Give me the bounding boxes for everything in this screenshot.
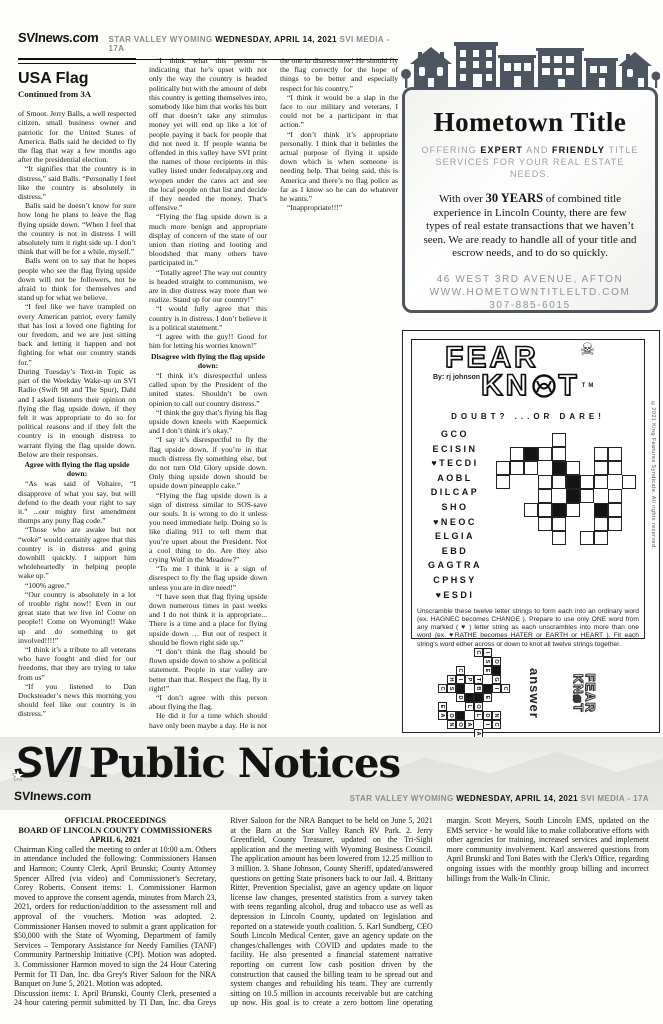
houses-illustration xyxy=(400,36,660,90)
scramble-word: ELGIA xyxy=(417,529,493,544)
answer-label: answer xyxy=(527,668,542,719)
article-paragraph: “Flying the flag upside down is a much m… xyxy=(149,212,267,267)
scramble-word: EBD xyxy=(417,544,493,559)
hometown-offering-segment: AND xyxy=(523,145,552,155)
puzzle-grid xyxy=(496,433,636,602)
article-title: USA Flag xyxy=(18,70,136,88)
skull-doodle-icon: ☠ xyxy=(580,340,595,360)
scramble-word: ♥ESDI xyxy=(417,588,493,603)
masthead-location: STAR VALLEY WYOMING xyxy=(109,35,216,44)
fear-knot-tagline: DOUBT? ...OR DARE! xyxy=(417,412,639,421)
article-paragraph: “As was said of Voltaire, “I disapprove … xyxy=(18,479,136,525)
star-icon: ★ xyxy=(12,768,22,784)
hometown-address: 46 WEST 3RD AVENUE, AFTON xyxy=(417,273,643,286)
article-paragraph: “I feel like we have trampled on every A… xyxy=(18,302,136,366)
svi-logo-text: SVI xyxy=(14,738,79,787)
continued-from: Continued from 3A xyxy=(18,90,136,99)
hometown-offering-segment: OFFERING xyxy=(422,145,481,155)
article-paragraph: Agree with flying the flag upside down: xyxy=(18,460,136,478)
article-paragraph: Disagree with flying the flag upside dow… xyxy=(149,352,267,370)
article-paragraph: During Tuesday’s Text-in Topic as part o… xyxy=(18,367,136,459)
notices-heading-3: APRIL 6, 2021 xyxy=(14,835,216,845)
article-paragraph: of Smoot. Jerry Balls, a well respected … xyxy=(18,109,136,164)
article-paragraph: “I don’t agree with this person about fl… xyxy=(149,693,267,711)
article-paragraph: “It signifies that the country is in dis… xyxy=(18,164,136,201)
puzzle-grid-wrap xyxy=(493,427,639,602)
hometown-body-text: With over 30 YEARS of combined title exp… xyxy=(423,192,637,261)
article-paragraph: “I agree with the guy!! Good for him for… xyxy=(149,332,267,350)
scramble-word: ♥TECDI xyxy=(417,456,493,471)
article-paragraph: “Those who are awake but not “woke” woul… xyxy=(18,525,136,580)
svi-logo: SVI★ xyxy=(14,738,79,788)
fear-knot-logo-line1: FEAR xyxy=(445,344,639,372)
notices-heading-1: OFFICIAL PROCEEDINGS xyxy=(14,816,216,826)
answer-mini-logo: FEAR KN⌀T xyxy=(572,663,596,723)
answer-grid-wrap: COGINCISEEDICTBOLAPLACIDOHSONCEA xyxy=(433,645,515,741)
article-paragraph: Balls said he doesn’t know for sure how … xyxy=(18,201,136,256)
notices-location: STAR VALLEY WYOMING xyxy=(350,794,457,803)
puzzle-instructions: Unscramble these twelve letter strings t… xyxy=(417,608,639,648)
scramble-word: CPHSY xyxy=(417,573,493,588)
scramble-word: DILCAP xyxy=(417,485,493,500)
scramble-word: ♥NEOC xyxy=(417,515,493,530)
fear-knot-puzzle-box: FEAR By: rj johnson KN T TM ☠ DOUBT? ...… xyxy=(411,339,645,639)
fear-knot-logo-kn: KN xyxy=(481,372,530,400)
scramble-word: AOBL xyxy=(417,471,493,486)
article-paragraph: “Inappropriate!!!” xyxy=(280,203,398,212)
article-paragraph: “I say it’s disrespectful to fly the fla… xyxy=(149,435,267,490)
article-paragraph: “Totally agree! The way our country is h… xyxy=(149,268,267,305)
article-paragraph: “I think what this person is indicating … xyxy=(149,56,267,212)
scramble-word: GCO xyxy=(417,427,493,442)
fear-knot-logo: FEAR By: rj johnson KN T TM ☠ xyxy=(417,344,639,410)
notices-heading-2: BOARD OF LINCOLN COUNTY COMMISSIONERS xyxy=(14,826,216,836)
article-paragraph: “I think the guy that’s flying his flag … xyxy=(149,408,267,436)
public-notices-title-wrap: SVI★Public Notices xyxy=(14,738,400,788)
hometown-phone: 307-885-6015 xyxy=(417,299,643,312)
article-paragraph: “Our country is absolutely in a lot of t… xyxy=(18,590,136,645)
article-paragraph: “100% agree.” xyxy=(18,581,136,590)
notices-site-label: SVInews.com xyxy=(14,789,92,803)
notices-media: SVI MEDIA - 17A xyxy=(578,794,649,803)
article-paragraph: “I think it would be a slap in the face … xyxy=(280,93,398,130)
fear-knot-byline: By: rj johnson xyxy=(433,374,480,382)
newspaper-page: SVInews.com STAR VALLEY WYOMING WEDNESDA… xyxy=(0,0,663,1024)
scramble-word: ECISIN xyxy=(417,442,493,457)
article-paragraph: “To me I think it is a sign of disrespec… xyxy=(149,564,267,592)
trademark-label: TM xyxy=(582,372,597,400)
fear-knot-logo-line2: KN T TM xyxy=(481,372,639,400)
hometown-body-segment: With over xyxy=(439,193,486,205)
hometown-title-ad: Hometown Title OFFERING EXPERT AND FRIEN… xyxy=(402,87,658,313)
scramble-word: GAGTRA xyxy=(417,558,493,573)
article-paragraph: “I don’t think it’s appropriate personal… xyxy=(280,130,398,204)
article-paragraph: “I don’t think the flag should be flown … xyxy=(149,647,267,693)
hometown-ad-title: Hometown Title xyxy=(417,108,643,136)
article-paragraph: “I have seen that flag flying upside dow… xyxy=(149,592,267,647)
scramble-word-list: GCOECISIN♥TECDIAOBLDILCAPSHO♥NEOCELGIAEB… xyxy=(417,427,493,602)
notices-dateline: STAR VALLEY WYOMING WEDNESDAY, APRIL 14,… xyxy=(350,794,649,803)
notice-paragraph: Chairman King called the meeting to orde… xyxy=(14,845,216,989)
masthead-logo: SVInews.com xyxy=(17,30,99,45)
article-paragraph: “I would fully agree that this country i… xyxy=(149,304,267,332)
article-paragraph: “I think it’s a tribute to all veterans … xyxy=(18,645,136,682)
hometown-contact-block: 46 WEST 3RD AVENUE, AFTON WWW.HOMETOWNTI… xyxy=(417,273,643,312)
pretzel-knot-icon xyxy=(531,373,557,399)
notices-date: WEDNESDAY, APRIL 14, 2021 xyxy=(456,794,578,803)
fear-knot-logo-t: T xyxy=(558,372,579,400)
article-paragraph: “If you listened to Dan Docksteader’s ne… xyxy=(18,682,136,719)
article-paragraph: Balls went on to say that he hopes peopl… xyxy=(18,256,136,302)
article-paragraph: “Flying the flag upside down is a sign o… xyxy=(149,491,267,565)
article-paragraph: “I think it’s disrespectful unless calle… xyxy=(149,371,267,408)
public-notices-title: Public Notices xyxy=(89,740,400,787)
masthead-dateline: STAR VALLEY WYOMING WEDNESDAY, APRIL 14,… xyxy=(109,35,398,53)
hometown-body-segment: 30 YEARS xyxy=(486,191,544,205)
public-notices-body: OFFICIAL PROCEEDINGS BOARD OF LINCOLN CO… xyxy=(14,816,649,1016)
puzzle-copyright: ©2021 King Features Syndicate. All right… xyxy=(650,401,656,549)
hometown-website: WWW.HOMETOWNTITLELTD.COM xyxy=(417,286,643,299)
puzzle-area: GCOECISIN♥TECDIAOBLDILCAPSHO♥NEOCELGIAEB… xyxy=(417,427,639,602)
fear-knot-puzzle-ad: FEAR By: rj johnson KN T TM ☠ DOUBT? ...… xyxy=(402,330,660,733)
hometown-offering-segment: FRIENDLY xyxy=(552,145,605,155)
masthead-date: WEDNESDAY, APRIL 14, 2021 xyxy=(215,35,337,44)
hometown-offering-segment: EXPERT xyxy=(480,145,523,155)
public-notices-banner: SVI★Public Notices SVInews.com STAR VALL… xyxy=(0,737,663,810)
scramble-word: SHO xyxy=(417,500,493,515)
usa-flag-article: USA Flag Continued from 3A of Smoot. Jer… xyxy=(18,56,398,734)
hometown-offering-line: OFFERING EXPERT AND FRIENDLY TITLE SERVI… xyxy=(417,144,643,180)
headline-rule xyxy=(18,58,136,64)
answer-grid: COGINCISEEDICTBOLAPLACIDOHSONCEA xyxy=(438,648,510,738)
puzzle-answer-area: COGINCISEEDICTBOLAPLACIDOHSONCEA answer … xyxy=(433,645,614,741)
